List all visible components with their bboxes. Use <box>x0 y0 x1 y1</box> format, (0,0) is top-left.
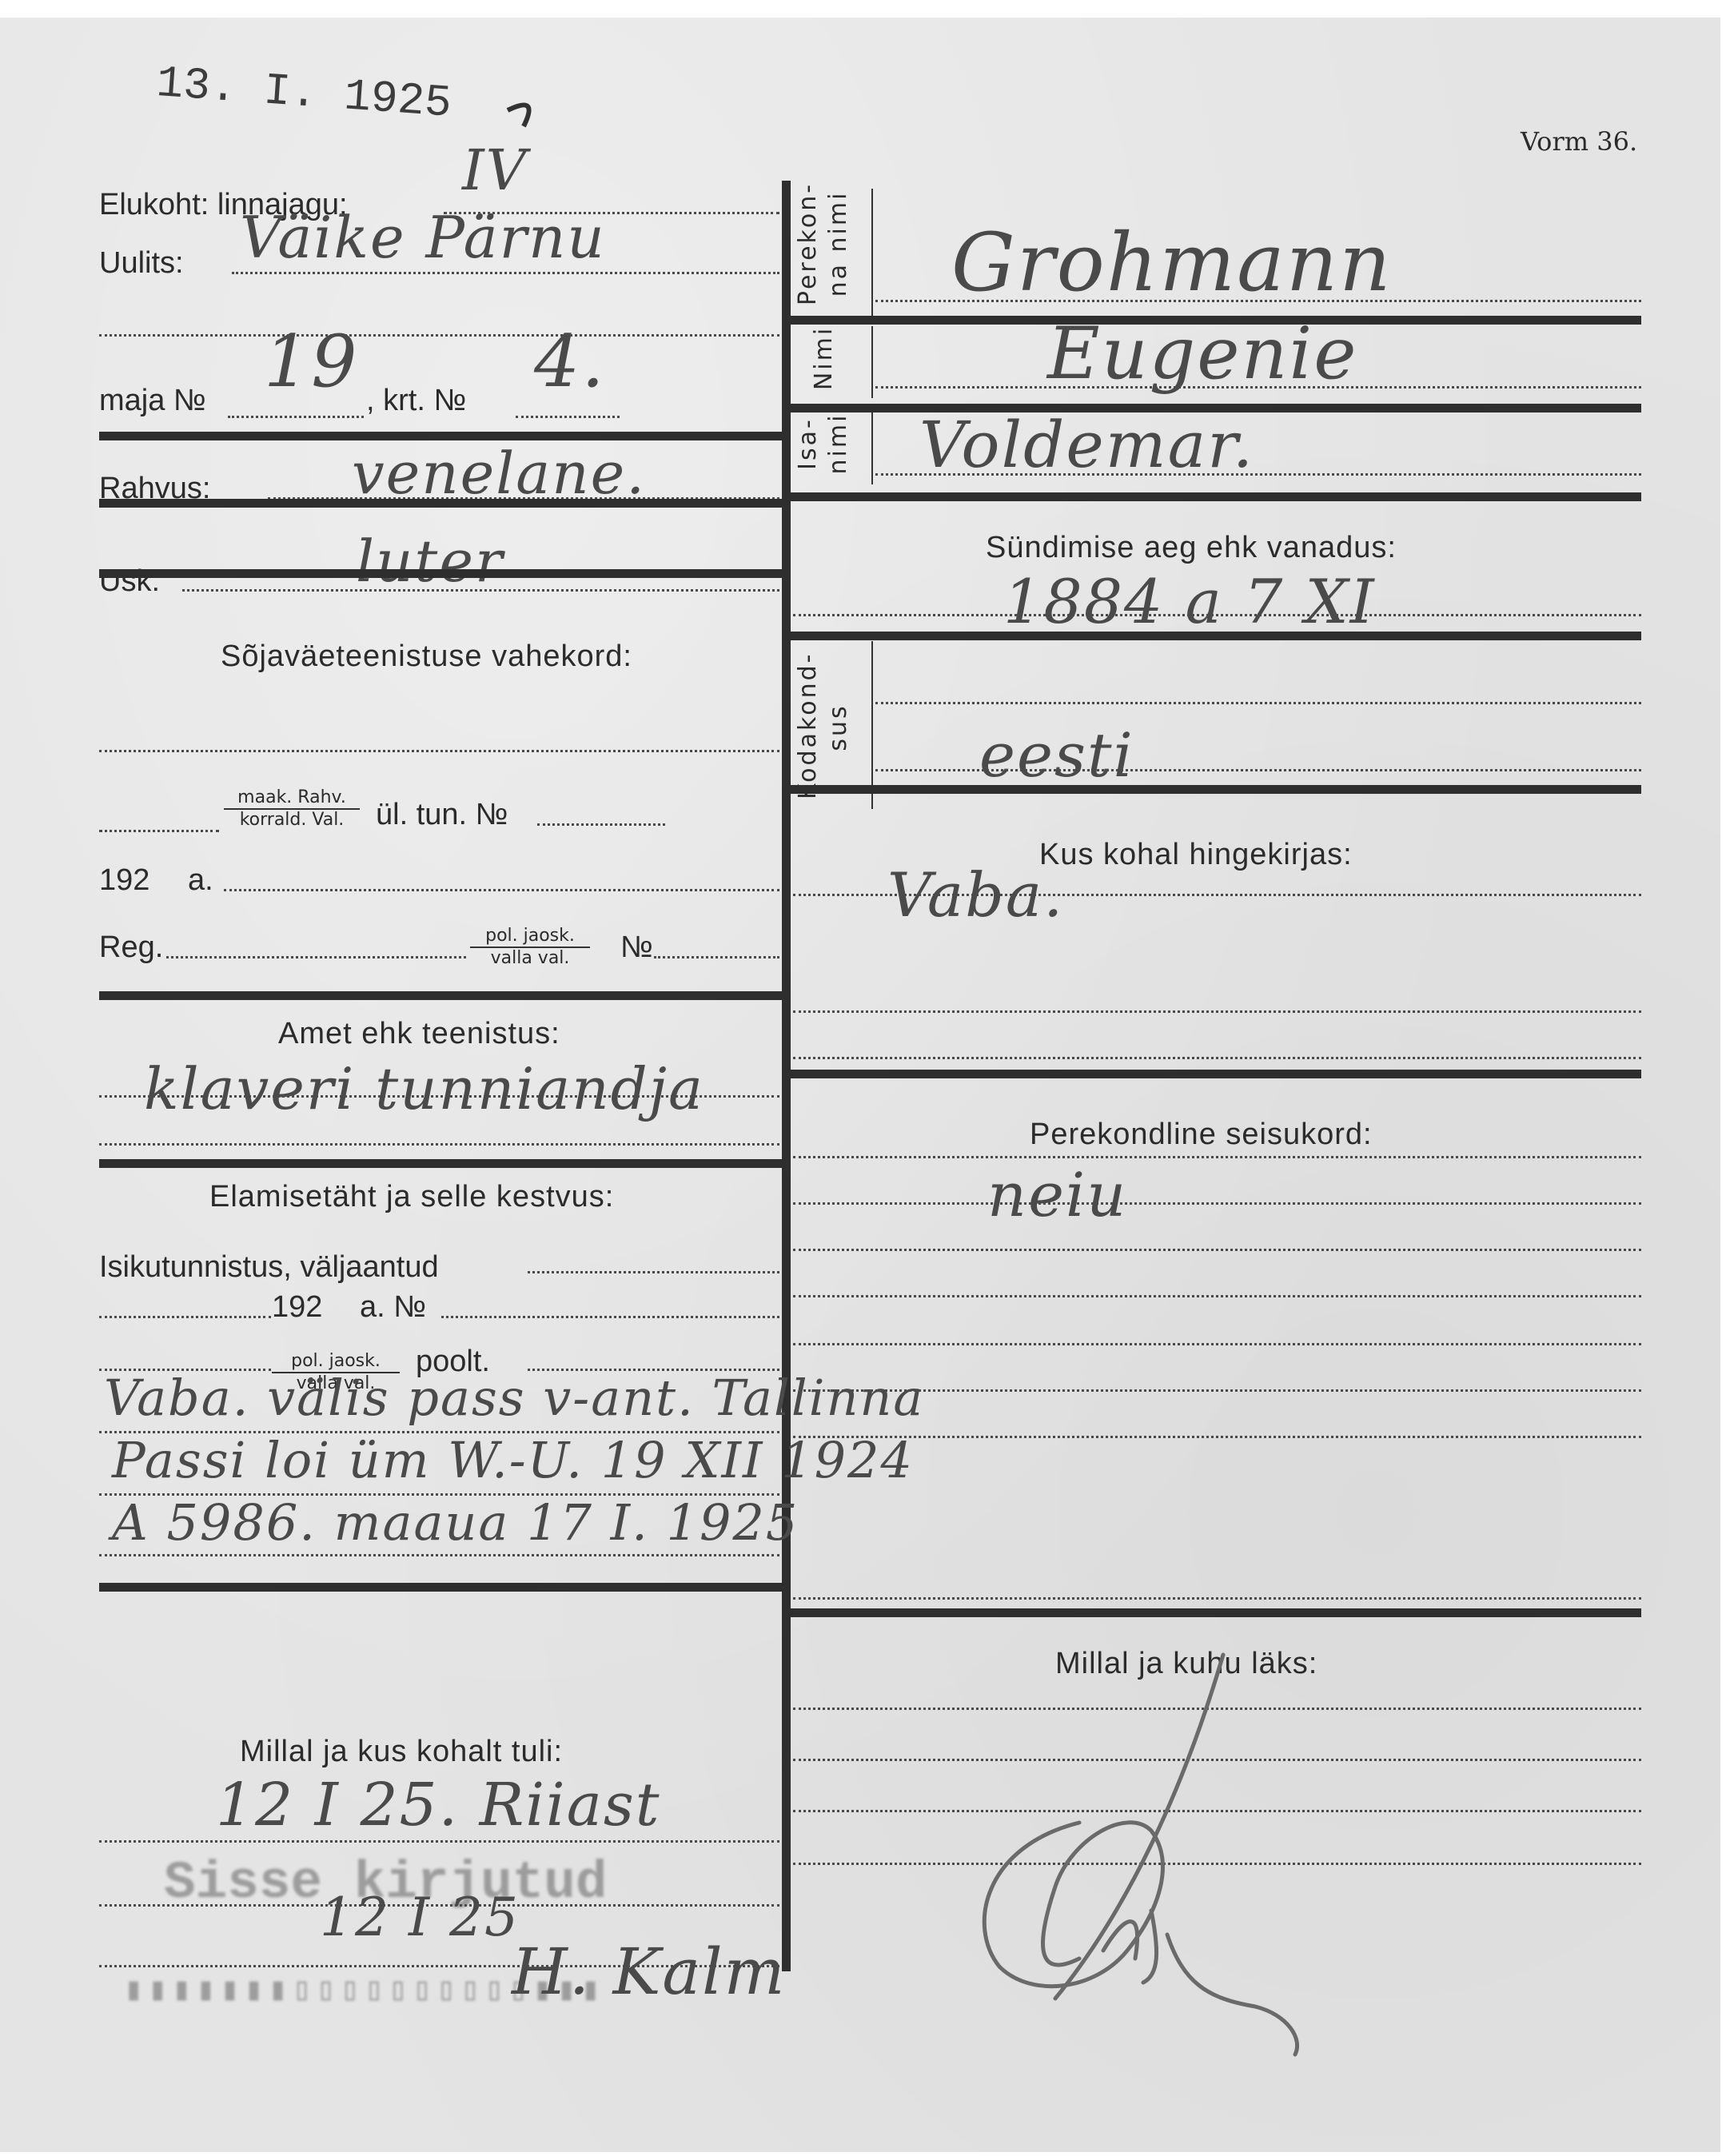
section-rule <box>99 569 782 578</box>
ul-tun-label: ül. tun. № <box>376 798 508 832</box>
citizenship-line-1 <box>875 702 1641 704</box>
form-number: Vorm 36. <box>1521 126 1637 157</box>
reg-label: Reg. <box>99 931 163 965</box>
id-year-prefix-line <box>99 1316 271 1318</box>
first-name-value[interactable]: Eugenie <box>1047 312 1358 396</box>
marital-heading: Perekondline seisukord: <box>1030 1118 1373 1152</box>
registered-line-1 <box>793 894 1641 896</box>
house-value[interactable]: 19 <box>264 320 359 404</box>
fraction-top: maak. Rahv. <box>224 787 360 810</box>
street-label: Uulits: <box>99 246 184 281</box>
section-rule <box>99 991 782 1000</box>
section-rule <box>789 1070 1641 1078</box>
military-year-suffix: a. <box>188 863 213 898</box>
apartment-line <box>516 416 620 418</box>
marital-value[interactable]: neiu <box>987 1159 1127 1230</box>
section-rule <box>789 632 1641 640</box>
father-name-value[interactable]: Voldemar. <box>919 408 1254 482</box>
section-rule <box>99 499 782 508</box>
id-year-label: 192 <box>272 1290 322 1325</box>
apartment-label: , krt. № <box>366 384 466 418</box>
surname-value[interactable]: Grohmann <box>951 216 1393 309</box>
marital-line-7 <box>793 1436 1641 1438</box>
stamp-date-handwritten[interactable]: 12 I 25 <box>320 1887 520 1948</box>
id-number-line <box>441 1316 779 1318</box>
section-rule <box>789 492 1641 501</box>
marital-line-8 <box>793 1597 1641 1600</box>
registered-heading: Kus kohal hingekirjas: <box>1039 838 1353 872</box>
district-value[interactable]: IV <box>462 137 528 203</box>
fraction-top: pol. jaosk. <box>470 926 590 948</box>
marital-line-3 <box>793 1249 1641 1251</box>
section-rule <box>99 1159 782 1168</box>
fraction-bottom: valla val. <box>470 948 590 969</box>
nationality-value[interactable]: venelane. <box>352 440 646 507</box>
citizenship-label: Kodakond- sus <box>793 656 854 799</box>
reg-number-line <box>654 956 779 958</box>
section-rule <box>99 1583 782 1592</box>
house-label: maja № <box>99 384 206 418</box>
house-line <box>228 416 364 418</box>
birth-line <box>793 614 1641 616</box>
id-year-suffix: a. № <box>360 1290 426 1325</box>
marital-line-2 <box>793 1202 1641 1205</box>
military-heading: Sõjaväeteenistuse vahekord: <box>221 640 632 674</box>
birth-heading: Sündimise aeg ehk vanadus: <box>986 531 1397 565</box>
marital-line-1 <box>793 1156 1641 1158</box>
marital-line-4 <box>793 1295 1641 1297</box>
id-card-line <box>528 1271 779 1273</box>
military-year-line <box>224 889 779 891</box>
marital-line-6 <box>793 1389 1641 1392</box>
registered-line-2 <box>793 1010 1641 1013</box>
birth-value[interactable]: 1884 a 7 XI <box>1003 566 1376 637</box>
departure-signature-stroke <box>919 1647 1319 2062</box>
first-name-line <box>875 386 1641 389</box>
section-rule <box>789 785 1641 794</box>
occupation-heading: Amet ehk teenistus: <box>278 1017 560 1051</box>
military-line-1 <box>99 750 779 752</box>
label-divider <box>871 412 873 484</box>
arrival-value[interactable]: 12 I 25. Riiast <box>216 1771 661 1839</box>
apartment-value[interactable]: 4. <box>534 320 606 404</box>
label-divider <box>871 641 873 809</box>
marital-line-5 <box>793 1343 1641 1345</box>
street-value[interactable]: Väike Pärnu <box>240 204 606 271</box>
residence-permit-heading: Elamisetäht ja selle kestvus: <box>209 1180 614 1214</box>
arrival-heading: Millal ja kus kohalt tuli: <box>240 1735 563 1769</box>
surname-line <box>875 300 1641 302</box>
surname-label: Perekon- na nimi <box>793 180 854 308</box>
occupation-line-2 <box>99 1143 779 1146</box>
permit-line-2[interactable]: Passi loi üm W.-U. 19 XII 1924 <box>112 1431 914 1489</box>
id-card-label: Isikutunnistus, väljaantud <box>99 1250 439 1285</box>
departure-signature: Pak <box>1183 1983 1191 1984</box>
father-name-line <box>875 473 1641 476</box>
citizenship-line-2 <box>875 769 1641 771</box>
arrival-line-1 <box>99 1840 779 1843</box>
military-year-label: 192 <box>99 863 149 898</box>
ul-tun-line <box>537 823 665 826</box>
reg-line <box>166 956 466 958</box>
section-rule <box>789 1608 1641 1617</box>
reg-fraction: pol. jaosk. valla val. <box>470 926 590 969</box>
permit-ruled-line <box>99 1554 779 1556</box>
military-fraction: maak. Rahv. korrald. Val. <box>224 787 360 831</box>
label-divider <box>871 189 873 317</box>
occupation-value[interactable]: klaveri tunniandja <box>144 1055 704 1122</box>
religion-value[interactable]: luter <box>356 528 504 595</box>
street-line <box>232 272 779 274</box>
fraction-bottom: korrald. Val. <box>224 810 360 831</box>
permit-line-3[interactable]: A 5986. maaua 17 I. 1925 <box>112 1493 799 1552</box>
reg-number-sign: № <box>620 931 653 965</box>
official-signature: H. Kalm <box>512 1935 787 2009</box>
father-name-label: Isa- nimi <box>793 408 854 480</box>
first-name-label: Nimi <box>809 318 839 398</box>
street-line-2 <box>99 334 779 337</box>
citizenship-value[interactable]: eesti <box>979 719 1134 791</box>
registered-line-3 <box>793 1057 1641 1059</box>
label-divider <box>871 326 873 398</box>
military-line-2 <box>99 830 219 832</box>
permit-line-1[interactable]: Vaba. välis pass v-ant. Tallinna <box>104 1369 924 1427</box>
occupation-line-1 <box>99 1095 779 1098</box>
